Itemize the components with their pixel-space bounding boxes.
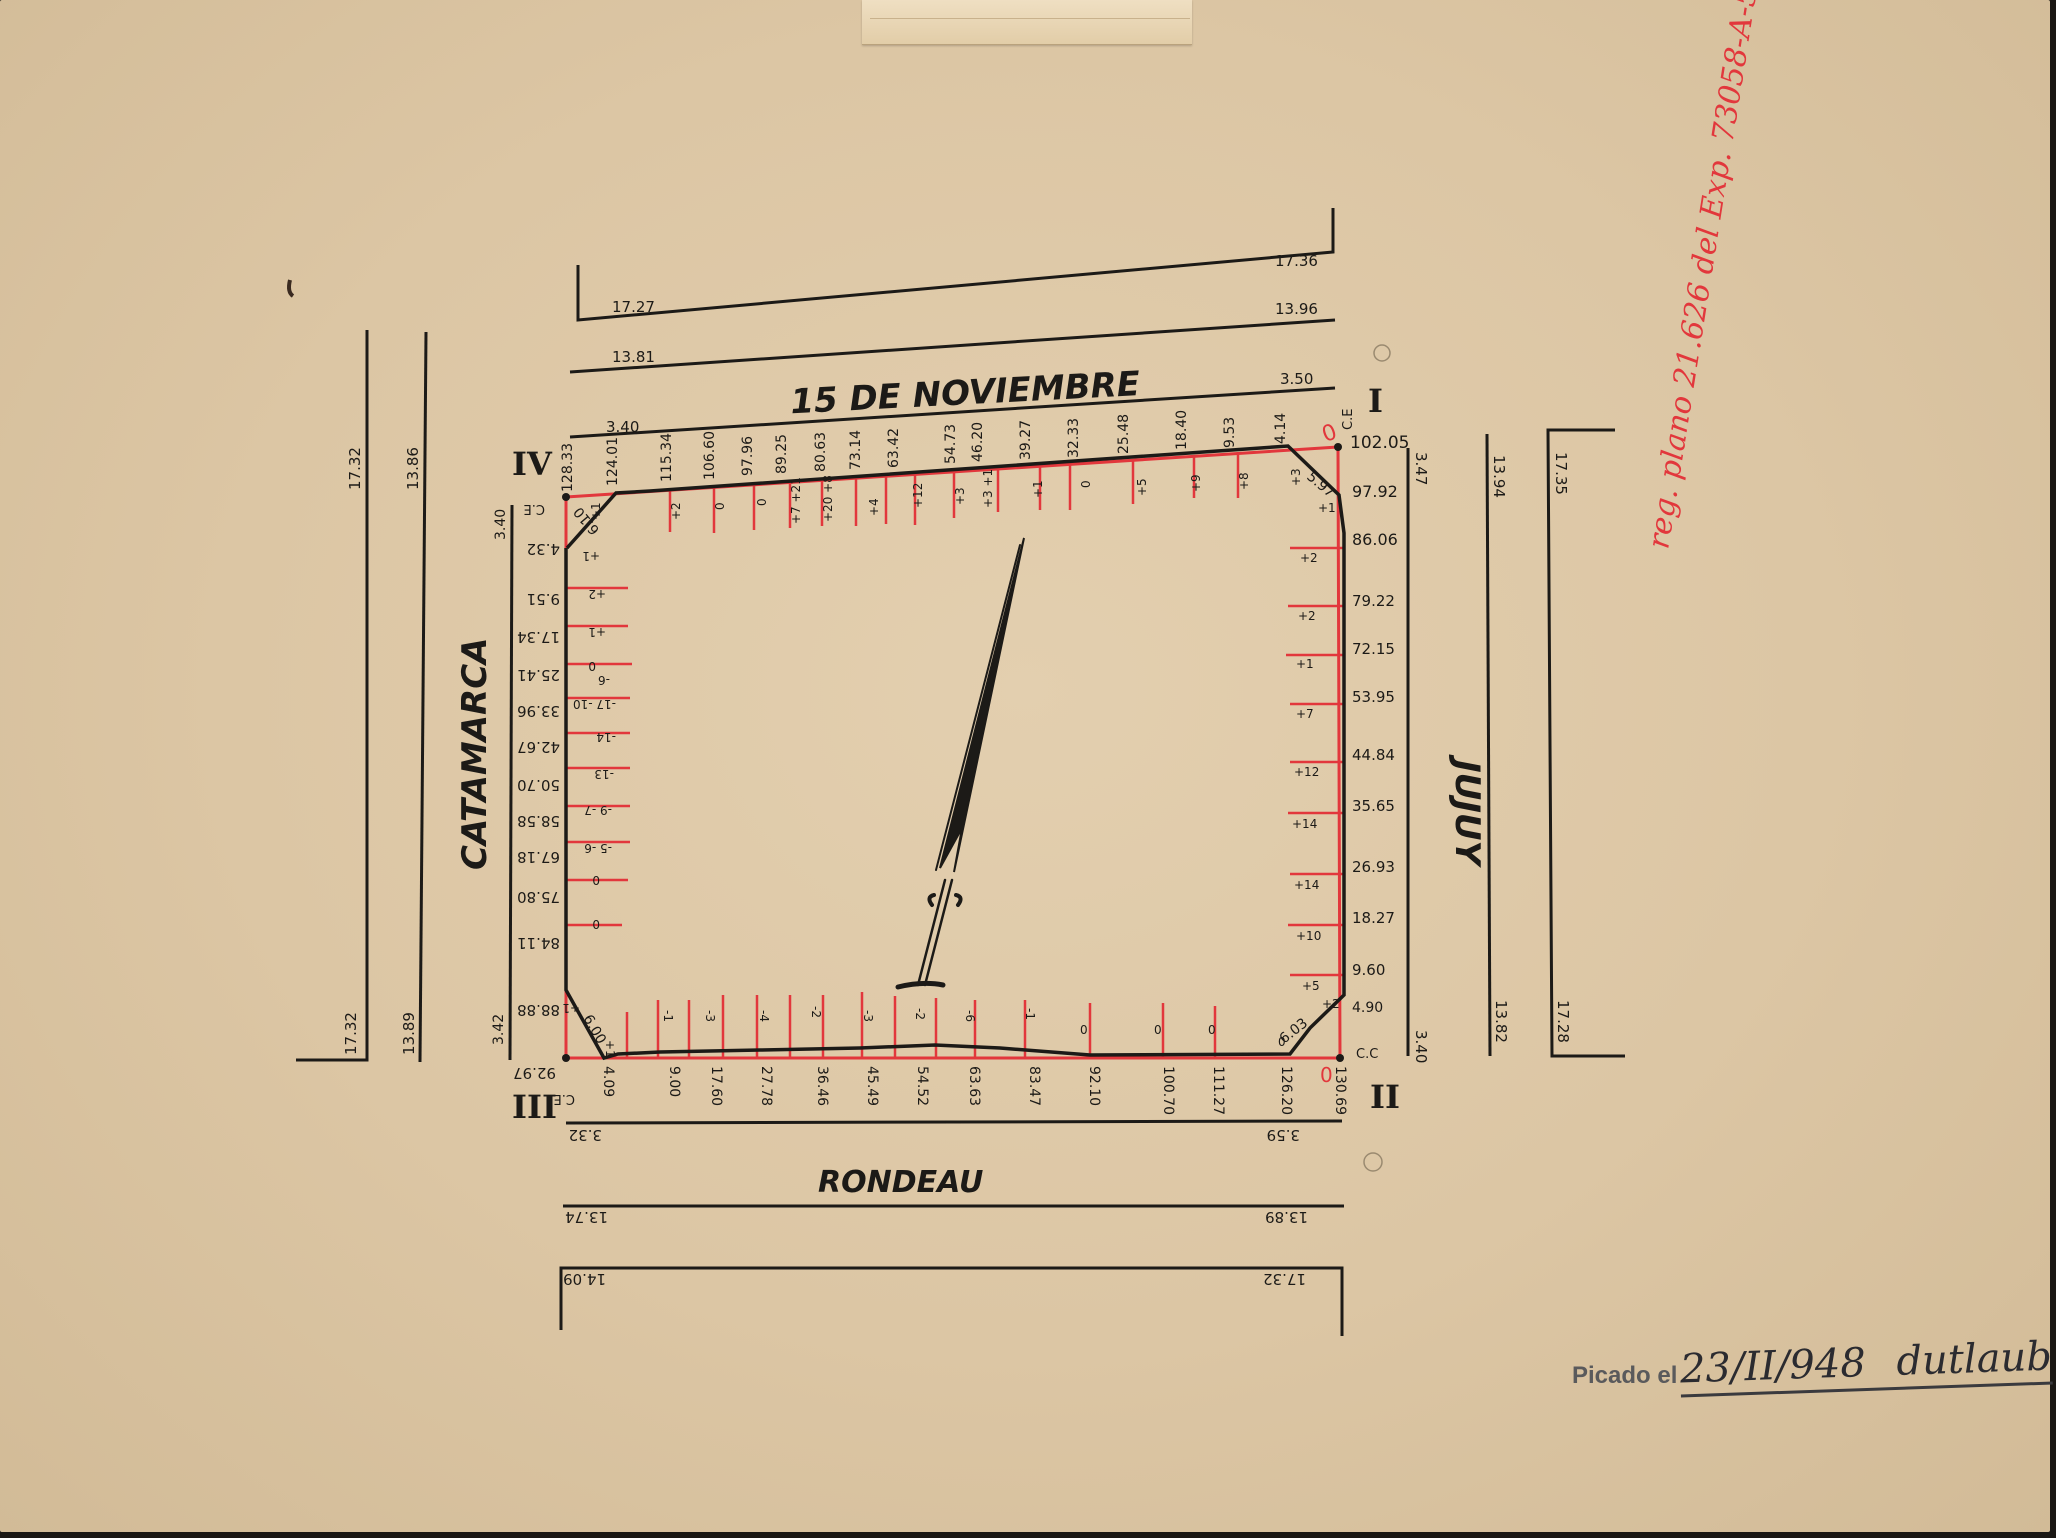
south-prog-8: 83.47 [1026, 1066, 1042, 1106]
north-prog-3: 106.60 [702, 431, 718, 480]
west-offsets: +1 +2 +1 0 -6 -17 -10 -14 -13 -9 -7 -5 -… [562, 549, 616, 1015]
dim-east-outer-bottom: 17.28 [1554, 1000, 1572, 1043]
east-prog-5: 53.95 [1352, 688, 1395, 706]
south-off-7: -6 [963, 1010, 977, 1022]
west-prog-3: 25.41 [517, 666, 560, 684]
west-off-3: 0 [588, 659, 596, 673]
dim-south-inner-right: 3.59 [1267, 1126, 1300, 1144]
north-prog-6: 80.63 [813, 432, 829, 472]
dim-south-middle-right: 13.89 [1265, 1208, 1308, 1226]
west-off-5: -17 -10 [573, 697, 616, 711]
north-off-11: 0 [1079, 480, 1093, 488]
west-prog-10: 84.11 [517, 934, 560, 952]
west-prog-2: 17.34 [517, 628, 560, 646]
corner-mark-se: C.C [1356, 1047, 1378, 1062]
south-off-3: -4 [757, 1010, 771, 1022]
east-off-4: +1 [1296, 657, 1314, 671]
dim-east-outer-top: 17.35 [1552, 452, 1570, 495]
pencil-circle-mark [1364, 1153, 1382, 1171]
south-progressives: 4.09 9.00 17.60 27.78 36.46 45.49 54.52 … [600, 1066, 1348, 1115]
north-off-13: +9 [1189, 474, 1203, 492]
street-name-west: CATAMARCA [455, 638, 495, 870]
south-prog-1: 9.00 [666, 1066, 682, 1097]
east-prog-9: 18.27 [1352, 909, 1395, 927]
dim-east-middle-top: 13.94 [1490, 455, 1508, 498]
north-off-10: +1 [1031, 480, 1045, 498]
north-prog-15: 9.53 [1222, 417, 1238, 448]
east-prog-2: 86.06 [1352, 530, 1398, 549]
chamfer-se: 6.03 [1277, 1015, 1311, 1047]
dim-north-outer-right: 17.36 [1275, 252, 1318, 270]
south-prog-11: 111.27 [1210, 1066, 1226, 1115]
chamfer-ne: 5.97 [1303, 469, 1337, 501]
south-off-4: -2 [809, 1006, 823, 1018]
west-off-2: +1 [588, 625, 606, 639]
east-off-7: +14 [1292, 817, 1317, 831]
south-prog-7: 63.63 [966, 1066, 982, 1106]
red-reference-frame [566, 447, 1340, 1058]
north-prog-12: 32.33 [1066, 418, 1082, 458]
dim-north-middle-left: 13.81 [612, 348, 655, 366]
south-off-1: -1 [661, 1010, 675, 1022]
dim-west-middle-top: 13.86 [404, 447, 422, 490]
south-prog-3: 27.78 [758, 1066, 774, 1106]
corner-label-III: III [512, 1088, 557, 1126]
south-off-9: 0 [1080, 1023, 1088, 1037]
south-off-0: +1 [603, 1040, 617, 1058]
lot-boundary [566, 446, 1344, 1058]
east-off-9: +10 [1296, 929, 1321, 943]
north-off-14: +8 [1237, 472, 1251, 490]
east-progressives: 102.05 97.92 86.06 79.22 72.15 53.95 44.… [1350, 433, 1409, 1016]
dim-south-inner-left: 3.32 [569, 1126, 602, 1144]
north-prog-14: 18.40 [1174, 410, 1190, 450]
dim-west-outer-top: 17.32 [346, 447, 364, 490]
east-prog-11: 4.90 [1352, 1000, 1383, 1016]
east-street-lines [1408, 430, 1625, 1056]
dim-north-inner-right: 3.50 [1280, 370, 1313, 388]
north-prog-9: 54.73 [943, 424, 959, 464]
north-offsets: +1 +2 0 0 +7 +21 +20 +8 +4 +12 +3 +3 +1 … [589, 468, 1303, 524]
east-prog-6: 44.84 [1352, 746, 1395, 764]
west-off-11: 0 [592, 917, 600, 931]
east-prog-8: 26.93 [1352, 858, 1395, 876]
north-prog-4: 97.96 [740, 436, 756, 476]
south-offset-ticks [627, 992, 1215, 1058]
south-prog-5: 45.49 [864, 1066, 880, 1106]
east-off-5: +7 [1296, 707, 1314, 721]
north-prog-2: 115.34 [659, 433, 675, 482]
dim-east-middle-bottom: 13.82 [1492, 1000, 1510, 1043]
corner-label-IV: IV [512, 445, 553, 483]
north-off-2: 0 [713, 502, 727, 510]
north-prog-0: 128.33 [560, 443, 576, 492]
east-off-1: +1 [1318, 501, 1336, 515]
east-prog-3: 79.22 [1352, 592, 1395, 610]
dim-north-outer-left: 17.27 [612, 298, 655, 316]
dim-east-inner-bottom: 3.40 [1412, 1030, 1430, 1063]
dim-west-outer-bottom: 17.32 [342, 1012, 360, 1055]
west-off-8: -9 -7 [584, 803, 612, 817]
north-prog-1: 124.01 [605, 437, 621, 486]
west-prog-4: 33.96 [517, 702, 560, 720]
south-prog-0: 4.09 [600, 1066, 616, 1097]
red-zero-se: 0 [1320, 1063, 1333, 1087]
street-name-east: JUJUY [1447, 754, 1487, 869]
north-prog-5: 89.25 [774, 434, 790, 474]
street-name-north: 15 DE NOVIEMBRE [789, 364, 1141, 422]
north-prog-10: 46.20 [970, 422, 986, 462]
west-prog-12: 92.97 [513, 1064, 556, 1082]
east-off-2: +2 [1300, 551, 1318, 565]
east-off-3: +2 [1298, 609, 1316, 623]
west-off-1: +2 [588, 587, 606, 601]
dim-south-outer-right: 17.32 [1263, 1270, 1306, 1288]
north-prog-11: 39.27 [1018, 420, 1034, 460]
north-off-6: +4 [867, 498, 881, 516]
pencil-circle-mark [1374, 345, 1390, 361]
north-off-12: +5 [1135, 478, 1149, 496]
red-registration-note: reg. plano 21.626 del Exp. 73058-A-51 [1641, 0, 1767, 551]
east-off-8: +14 [1294, 878, 1319, 892]
east-prog-10: 9.60 [1352, 961, 1385, 979]
corner-mark-ne: C.E [1341, 409, 1356, 430]
south-prog-12: 126.20 [1278, 1066, 1294, 1115]
south-prog-2: 17.60 [708, 1066, 724, 1106]
stamp-date: 23/II/948 [1679, 1340, 1866, 1392]
west-off-9: -5 -6 [584, 841, 612, 855]
dim-west-inner-top: 3.40 [493, 509, 509, 540]
east-off-11: +2 [1322, 997, 1340, 1011]
north-off-4: +7 +21 [789, 477, 803, 524]
north-arrow-icon [898, 538, 1024, 987]
west-off-0: +1 [582, 549, 600, 563]
signature: dutlaub [1896, 1334, 2053, 1385]
west-prog-11: 88.88 [517, 1001, 560, 1019]
stamp-label: Picado el [1572, 1362, 1677, 1390]
west-off-10: 0 [592, 873, 600, 887]
west-off-6: -14 [596, 730, 616, 744]
east-off-10: +5 [1302, 979, 1320, 993]
south-prog-4: 36.46 [814, 1066, 830, 1106]
dim-east-inner-top: 3.47 [1412, 452, 1430, 485]
south-prog-10: 100.70 [1160, 1066, 1176, 1115]
dim-north-inner-left: 3.40 [606, 418, 639, 436]
south-off-6: -2 [913, 1008, 927, 1020]
corner-label-II: II [1370, 1078, 1400, 1116]
east-offsets: +1 +2 +2 +1 +7 +12 +14 +14 +10 +5 +2 [1292, 501, 1340, 1011]
corner-mark-sw: C.E [554, 1091, 575, 1106]
south-off-8: -1 [1023, 1008, 1037, 1020]
west-prog-1: 9.51 [527, 590, 560, 608]
west-off-12: +1 [562, 1001, 580, 1015]
dim-south-middle-left: 13.74 [565, 1208, 608, 1226]
west-off-4: -6 [598, 673, 610, 687]
south-off-2: -3 [703, 1010, 717, 1022]
west-prog-7: 58.58 [517, 812, 560, 830]
red-zero-ne: 0 [1319, 420, 1341, 448]
west-progressives: 4.32 9.51 17.34 25.41 33.96 42.67 50.70 … [513, 540, 560, 1082]
east-prog-7: 35.65 [1352, 797, 1395, 815]
north-off-7: +12 [911, 483, 925, 508]
south-prog-13: 130.69 [1332, 1066, 1348, 1115]
dim-south-outer-left: 14.09 [563, 1270, 606, 1288]
north-progressives: 128.33 124.01 115.34 106.60 97.96 89.25 … [560, 410, 1289, 492]
dim-west-inner-bottom: 3.42 [491, 1014, 507, 1045]
south-prog-6: 54.52 [914, 1066, 930, 1106]
west-prog-9: 75.80 [517, 888, 560, 906]
south-off-11: 0 [1208, 1023, 1216, 1037]
survey-plan: 17.27 17.36 13.81 13.96 3.40 3.50 15 DE … [0, 0, 2056, 1538]
north-prog-16: 4.14 [1273, 413, 1289, 444]
north-off-15: +3 [1289, 468, 1303, 486]
corner-mark-nw: C.E [524, 501, 545, 516]
dim-north-middle-right: 13.96 [1275, 300, 1318, 318]
west-prog-6: 50.70 [517, 776, 560, 794]
west-off-7: -13 [594, 767, 614, 781]
south-street-lines [561, 1121, 1344, 1336]
north-prog-13: 25.48 [1116, 414, 1132, 454]
corner-points [562, 443, 1344, 1062]
south-prog-9: 92.10 [1086, 1066, 1102, 1106]
north-off-1: +2 [669, 502, 683, 520]
south-off-5: -3 [861, 1010, 875, 1022]
west-prog-8: 67.18 [517, 848, 560, 866]
corner-label-I: I [1368, 382, 1383, 420]
north-off-8: +3 [953, 487, 967, 505]
south-off-10: 0 [1154, 1023, 1162, 1037]
street-name-south: RONDEAU [818, 1165, 983, 1200]
east-prog-4: 72.15 [1352, 640, 1395, 658]
ink-spot [289, 280, 293, 296]
east-prog-0: 102.05 [1350, 433, 1409, 453]
east-off-6: +12 [1294, 765, 1319, 779]
east-prog-1: 97.92 [1352, 482, 1398, 501]
north-off-5: +20 +8 [821, 475, 835, 522]
dim-west-middle-bottom: 13.89 [400, 1012, 418, 1055]
west-prog-0: 4.32 [527, 540, 560, 558]
north-prog-7: 73.14 [848, 430, 864, 470]
west-prog-5: 42.67 [517, 738, 560, 756]
north-prog-8: 63.42 [886, 428, 902, 468]
north-off-3: 0 [755, 498, 769, 506]
north-off-9: +3 +1 [981, 469, 995, 508]
